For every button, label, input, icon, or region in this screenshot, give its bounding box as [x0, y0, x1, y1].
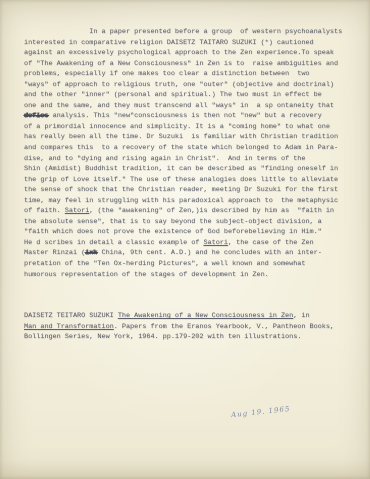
text-line: of faith. Satori, (the "awakening" of Ze…	[24, 206, 354, 217]
underlined-text: Satori	[65, 207, 89, 215]
text-line: Master Rinzai (ixk China, 9th cent. A.D.…	[24, 248, 354, 259]
text-line: against an excessively psychological app…	[24, 48, 354, 59]
handwritten-date-note: Aug 19. 1965	[231, 405, 291, 419]
struck-out-text: ixk	[85, 249, 97, 257]
text-line: the sense of shock that the Christian re…	[24, 185, 354, 196]
text-line: Bollingen Series, New York, 1964. pp.179…	[24, 332, 354, 343]
text-line: "ways" of approach to religious truth, o…	[24, 80, 354, 91]
text-line: and compares this to a recovery of the s…	[24, 143, 354, 154]
text-line: humorous representation of the stages of…	[24, 270, 354, 281]
text-line: dise, and to "dying and rising again in …	[24, 154, 354, 165]
text-line: the grip of Love itself." The use of the…	[24, 175, 354, 186]
text-line: problems, especially if one makes too cl…	[24, 69, 354, 80]
text-line: In a paper presented before a group of w…	[24, 27, 354, 38]
underlined-text: The Awakening of a New Consciousness in …	[118, 312, 293, 320]
text-line: "faith which does not prove the existenc…	[24, 227, 354, 238]
text-line: has really been all the time. Dr Suzuki …	[24, 132, 354, 143]
struck-out-text: defies	[24, 112, 48, 120]
text-line: He d scribes in detail a classic example…	[24, 238, 354, 249]
text-line: time, may feel in struggling with his pa…	[24, 196, 354, 207]
text-line: DAISETZ TEITARO SUZUKI The Awakening of …	[24, 311, 354, 322]
bibliography: DAISETZ TEITARO SUZUKI The Awakening of …	[24, 311, 354, 343]
text-line: one and the same, and they must transcen…	[24, 101, 354, 112]
text-line: pretation of the "Ten Ox-herding Picture…	[24, 259, 354, 270]
text-line: the absolute sense", that is to say beyo…	[24, 217, 354, 228]
text-line: Man and Transformation. Papers from the …	[24, 322, 354, 333]
text-line: of "The Awakening of a New Consciousness…	[24, 59, 354, 70]
text-line: Shin (Amidist) Buddhist tradition, it ca…	[24, 164, 354, 175]
underlined-text: Man and Transformation	[24, 323, 114, 331]
text-line: and the other "inner" (personal and spir…	[24, 90, 354, 101]
underlined-text: Satori	[203, 239, 227, 247]
text-line: defies analysis. This "new"consciousness…	[24, 111, 354, 122]
main-paragraph: In a paper presented before a group of w…	[24, 27, 354, 280]
text-line: of a primordial innocence and simplicity…	[24, 122, 354, 133]
text-line: interested in comparative religion DAISE…	[24, 38, 354, 49]
scanned-typewritten-page: In a paper presented before a group of w…	[0, 0, 370, 479]
